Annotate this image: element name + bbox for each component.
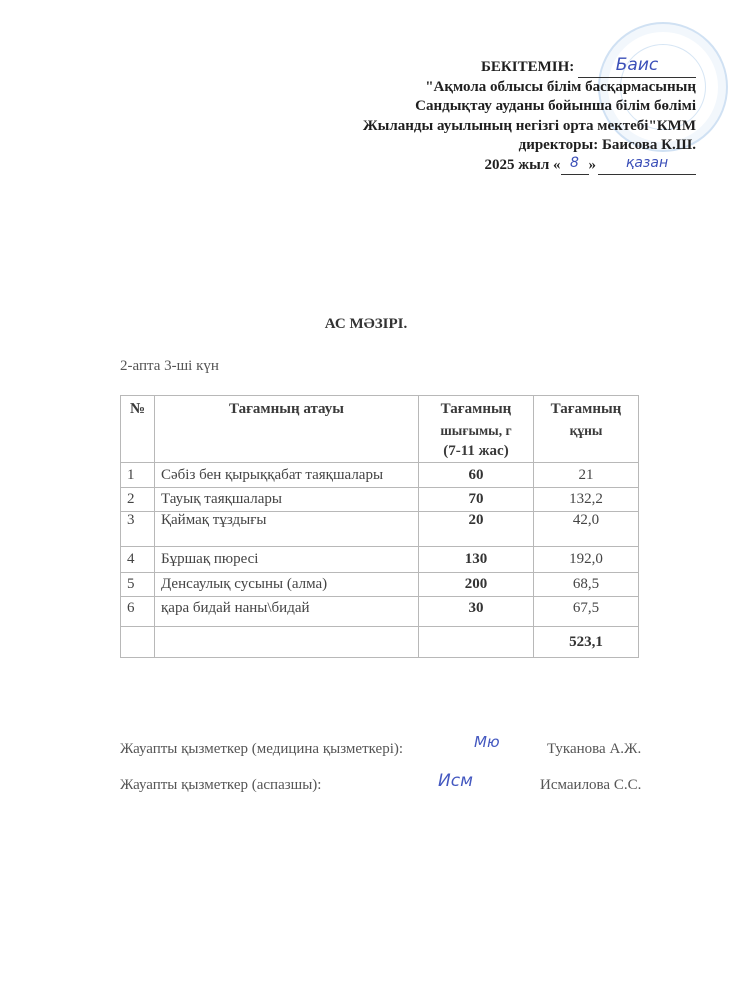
table-row: 2 Тауық таяқшалары 70 132,2 [121,488,639,512]
responsible-role-medical: Жауапты қызметкер (медицина қызметкері): [120,741,403,758]
header-output: Тағамның шығымы, г (7-11 жас) [419,396,534,463]
header-dish-name: Тағамның атауы [155,396,419,463]
row-price: 68,5 [534,573,639,597]
header-num: № [121,396,155,463]
table-body: 1 Сәбіз бен қырыққабат таяқшалары 60 21 … [121,463,639,658]
header-price-line2: құны [540,420,632,441]
row-output: 70 [419,488,534,512]
week-day-label: 2-апта 3-ші күн [120,358,219,375]
approval-block: БЕКІТЕМІН: Баис "Ақмола облысы білім бас… [363,58,696,175]
table-header-row: № Тағамның атауы Тағамның шығымы, г (7-1… [121,396,639,463]
row-output: 200 [419,573,534,597]
responsible-name-medical: Туканова А.Ж. [547,741,641,758]
row-output: 130 [419,547,534,573]
total-empty-output [419,627,534,658]
row-num: 5 [121,573,155,597]
row-dish-name: қара бидай наны\бидай [155,597,419,627]
row-num: 6 [121,597,155,627]
row-price: 132,2 [534,488,639,512]
cook-signature: Исм [438,771,473,791]
header-price: Тағамның құны [534,396,639,463]
row-num: 1 [121,463,155,488]
medical-signature: Мю [474,733,500,751]
date-month-line: қазан [598,159,696,175]
table-total-row: 523,1 [121,627,639,658]
row-dish-name: Сәбіз бен қырыққабат таяқшалары [155,463,419,488]
responsible-role-cook: Жауапты қызметкер (аспазшы): [120,777,321,794]
approval-heading-line: БЕКІТЕМІН: Баис [363,58,696,78]
page-title: АС МӘЗІРІ. [0,316,732,333]
date-day: 8 [561,154,589,174]
responsible-name-cook: Исмаилова С.С. [540,777,641,794]
row-dish-name: Қаймақ тұздығы [155,512,419,547]
header-output-line2: шығымы, г [425,420,527,441]
org-line-1: "Ақмола облысы білім басқармасының [363,78,696,98]
row-num: 4 [121,547,155,573]
row-num: 2 [121,488,155,512]
menu-table: № Тағамның атауы Тағамның шығымы, г (7-1… [120,395,639,658]
date-month: қазан [598,154,696,174]
total-empty-name [155,627,419,658]
row-output: 30 [419,597,534,627]
row-price: 21 [534,463,639,488]
row-price: 42,0 [534,512,639,547]
date-prefix: 2025 жыл « [484,157,560,173]
date-line: 2025 жыл «8»қазан [363,156,696,176]
director-signature-line: Баис [578,62,696,78]
org-line-3: Жыланды ауылының негізгі орта мектебі"КМ… [363,117,696,137]
director-signature: Баис [578,56,696,76]
date-close: » [589,157,597,173]
row-dish-name: Денсаулық сусыны (алма) [155,573,419,597]
row-num: 3 [121,512,155,547]
header-price-line1: Тағамның [540,399,632,420]
approval-heading: БЕКІТЕМІН: [481,59,574,75]
header-output-line1: Тағамның [425,399,527,420]
org-line-2: Сандықтау ауданы бойынша білім бөлімі [363,97,696,117]
total-price: 523,1 [534,627,639,658]
row-price: 67,5 [534,597,639,627]
table-row: 1 Сәбіз бен қырыққабат таяқшалары 60 21 [121,463,639,488]
table-row: 3 Қаймақ тұздығы 20 42,0 [121,512,639,547]
table-row: 4 Бұршақ пюресі 130 192,0 [121,547,639,573]
date-day-line: 8 [561,159,589,175]
row-price: 192,0 [534,547,639,573]
row-output: 20 [419,512,534,547]
table-row: 5 Денсаулық сусыны (алма) 200 68,5 [121,573,639,597]
row-dish-name: Бұршақ пюресі [155,547,419,573]
row-output: 60 [419,463,534,488]
table-row: 6 қара бидай наны\бидай 30 67,5 [121,597,639,627]
row-dish-name: Тауық таяқшалары [155,488,419,512]
total-empty-num [121,627,155,658]
header-output-line3: (7-11 жас) [425,441,527,462]
